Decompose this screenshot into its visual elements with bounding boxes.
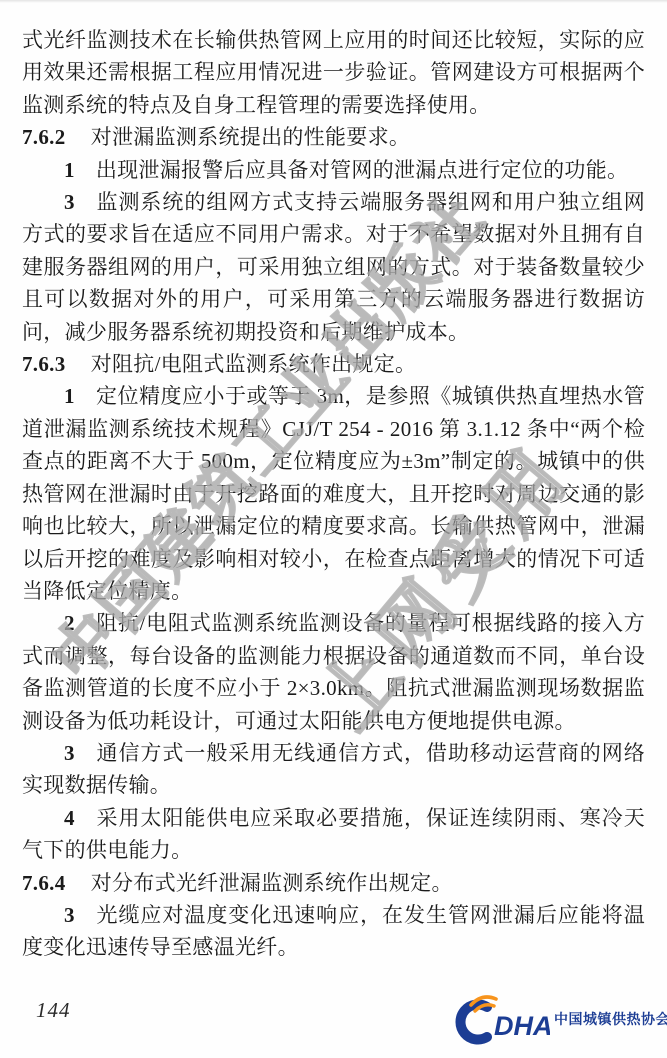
page-number: 144: [36, 998, 71, 1023]
scan-edge: [0, 0, 667, 3]
item-number: 1: [64, 158, 75, 182]
paragraph-text: 式光纤监测技术在长输供热管网上应用的时间还比较短，实际的应用效果还需根据工程应用…: [22, 28, 645, 117]
clause-text: 对分布式光纤泄漏监测系统作出规定。: [91, 871, 453, 895]
logo-c-shape: [460, 1005, 487, 1040]
item-3: 3光缆应对温度变化迅速响应，在发生管网泄漏后应能将温度变化迅速传导至感温光纤。: [22, 899, 645, 964]
item-3: 3通信方式一般采用无线通信方式，借助移动运营商的网络实现数据传输。: [22, 737, 645, 802]
item-text: 采用太阳能供电应采取必要措施，保证连续阴雨、寒冷天气下的供电能力。: [22, 806, 645, 862]
clause-7-6-4: 7.6.4对分布式光纤泄漏监测系统作出规定。: [22, 867, 645, 899]
item-number: 2: [64, 611, 75, 635]
logo-acronym: DHA: [494, 1011, 550, 1041]
clause-number: 7.6.4: [22, 871, 66, 895]
item-number: 1: [64, 384, 75, 408]
item-text: 通信方式一般采用无线通信方式，借助移动运营商的网络实现数据传输。: [22, 741, 645, 797]
item-text: 光缆应对温度变化迅速响应，在发生管网泄漏后应能将温度变化迅速传导至感温光纤。: [22, 903, 645, 959]
page-body-text: 式光纤监测技术在长输供热管网上应用的时间还比较短，实际的应用效果还需根据工程应用…: [22, 24, 645, 964]
clause-7-6-2: 7.6.2对泄漏监测系统提出的性能要求。: [22, 121, 645, 153]
item-number: 3: [64, 190, 75, 214]
clause-number: 7.6.2: [22, 125, 66, 149]
cdha-logo-icon: DHA: [446, 993, 550, 1045]
item-text: 定位精度应小于或等于 3m，是参照《城镇供热直埋热水管道泄漏监测系统技术规程》C…: [22, 384, 645, 602]
item-number: 3: [64, 903, 75, 927]
item-1: 1定位精度应小于或等于 3m，是参照《城镇供热直埋热水管道泄漏监测系统技术规程》…: [22, 380, 645, 607]
item-3: 3监测系统的组网方式支持云端服务器组网和用户独立组网方式的要求旨在适应不同用户需…: [22, 186, 645, 348]
document-page: 中国建筑工业出版社 上网受用 式光纤监测技术在长输供热管网上应用的时间还比较短，…: [0, 0, 667, 1058]
clause-text: 对阻抗/电阻式监测系统作出规定。: [91, 352, 417, 376]
item-2: 2阻抗/电阻式监测系统监测设备的量程可根据线路的接入方式而调整，每台设备的监测能…: [22, 607, 645, 737]
item-number: 4: [64, 806, 75, 830]
item-1: 1出现泄漏报警后应具备对管网的泄漏点进行定位的功能。: [22, 154, 645, 186]
item-4: 4采用太阳能供电应采取必要措施，保证连续阴雨、寒冷天气下的供电能力。: [22, 802, 645, 867]
association-logo: DHA 中国城镇供热协会: [446, 992, 667, 1046]
clause-text: 对泄漏监测系统提出的性能要求。: [91, 125, 411, 149]
association-name: 中国城镇供热协会: [554, 1009, 667, 1029]
item-text: 出现泄漏报警后应具备对管网的泄漏点进行定位的功能。: [96, 158, 629, 182]
item-text: 阻抗/电阻式监测系统监测设备的量程可根据线路的接入方式而调整，每台设备的监测能力…: [22, 611, 645, 732]
paragraph-continuation: 式光纤监测技术在长输供热管网上应用的时间还比较短，实际的应用效果还需根据工程应用…: [22, 24, 645, 121]
clause-number: 7.6.3: [22, 352, 66, 376]
clause-7-6-3: 7.6.3对阻抗/电阻式监测系统作出规定。: [22, 348, 645, 380]
item-number: 3: [64, 741, 75, 765]
item-text: 监测系统的组网方式支持云端服务器组网和用户独立组网方式的要求旨在适应不同用户需求…: [22, 190, 645, 344]
